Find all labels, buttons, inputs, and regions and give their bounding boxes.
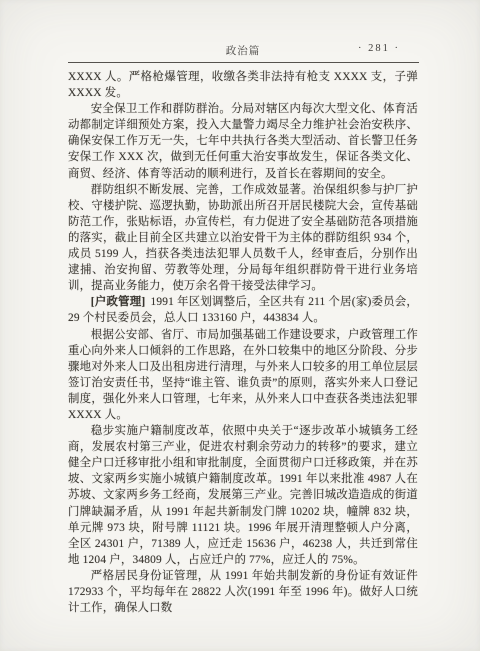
page-body-text: XXXX 人。严格枪爆管理，收缴各类非法持有枪支 XXXX 支，子弹 XXXX … [68, 69, 418, 616]
scanned-document-page: 政治篇 · 281 · XXXX 人。严格枪爆管理，收缴各类非法持有枪支 XXX… [0, 0, 480, 651]
page-header: 政治篇 · 281 · [68, 43, 418, 60]
header-divider-rule [68, 62, 419, 63]
paragraph-id-card-management: 严格居民身份证管理，从 1991 年始共制发新的身份证有效证件 172933 个… [68, 568, 418, 616]
entry-label: [户政管理] [91, 296, 146, 308]
paragraph-security-work: 安全保卫工作和群防群治。分局对辖区内每次大型文化、体育活动都制定详细预处方案，投… [68, 101, 418, 181]
paragraph-continuation: XXXX 人。严格枪爆管理，收缴各类非法持有枪支 XXXX 支，子弹 XXXX … [68, 69, 418, 101]
page-number: · 281 · [358, 43, 400, 54]
paragraph-household-admin-entry: [户政管理]1991 年区划调整后，全区共有 211 个居(家)委员会，29 个… [68, 294, 418, 326]
paragraph-hukou-reform: 稳步实施户籍制度改革，依照中央关于“逐步改革小城镇务工经商，发展农村第三产业，促… [68, 423, 418, 568]
paragraph-mass-prevention: 群防组织不断发展、完善，工作成效显著。治保组织参与护厂护校、守楼护院、巡逻执勤，… [68, 182, 418, 295]
paragraph-migrant-population: 根据公安部、省厅、市局加强基础工作建设要求，户政管理工作重心向外来人口倾斜的工作… [68, 327, 418, 424]
